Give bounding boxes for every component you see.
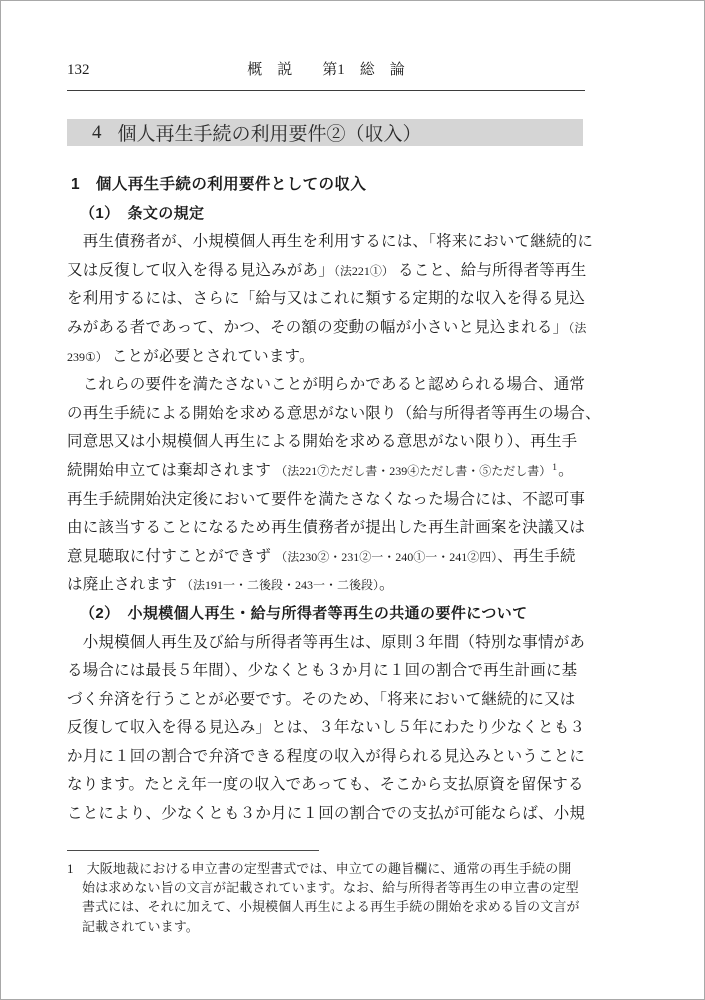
text-segment: ことが必要とされています。 (108, 348, 315, 365)
text-line: みがある者であって、かつ、その額の変動の幅が小さいと見込まれる」（法 (67, 314, 591, 343)
text-line: は廃止されます （法191一・二後段・243一・二後段）。 (67, 571, 591, 600)
text-line: づく弁済を行うことが必要です。そのため、「将来において継続的に又は (67, 686, 591, 715)
text-segment: 1 大阪地裁における申立書の定型書式では、申立ての趣旨欄に、通常の再生手続の開 (67, 861, 571, 876)
section-banner: 4 個人再生手続の利用要件②（収入） (67, 119, 583, 146)
text-line: なります。たとえ年一度の収入であっても、そこから支払原資を留保する (67, 771, 591, 800)
running-title: 概 説 第1 総 論 (67, 60, 585, 80)
footnote-separator (67, 850, 319, 851)
text-segment: の再生手続による開始を求める意思がない限り（給与所得者等再生の場合、 (67, 405, 601, 422)
text-segment: ること、給与所得者等再生 (394, 262, 586, 279)
text-line: 意見聴取に付すことができず （法230②・231②一・240①一・241②四）、… (67, 543, 591, 572)
text-segment: なります。たとえ年一度の収入であっても、そこから支払原資を留保する (67, 776, 584, 793)
text-segment: は廃止されます (67, 576, 181, 593)
text-line: 反復して収入を得る見込み」とは、３年ないし５年にわたり少なくとも３ (67, 714, 591, 743)
text-line: を利用するには、さらに「給与又はこれに類する定期的な収入を得る見込 (67, 285, 591, 314)
text-segment: 続開始申立ては棄却されます (67, 462, 275, 479)
text-segment: ことにより、少なくとも３か月に１回の割合での支払が可能ならば、小規 (67, 805, 585, 822)
statute-citation: （法221①） (334, 264, 394, 278)
text-line: 再生手続開始決定後において要件を満たさなくなった場合には、不認可事 (67, 486, 591, 515)
text-segment: 同意思又は小規模個人再生による開始を求める意思がない限り）、再生手 (67, 433, 577, 450)
heading-income-requirement: 1 個人再生手続の利用要件としての収入 (67, 171, 591, 200)
text-segment: づく弁済を行うことが必要です。そのため、「将来において継続的に又は (67, 691, 576, 708)
text-segment: 小規模個人再生及び給与所得者等再生は、原則３年間（特別な事情があ (67, 634, 585, 651)
text-segment: 。 (379, 576, 395, 593)
footnote-reference: 1 (552, 463, 557, 473)
text-line: 記載されています。 (67, 917, 591, 936)
text-segment: 、再生手続 (497, 548, 576, 565)
text-line: 再生債務者が、小規模個人再生を利用するには、「将来において継続的に (67, 228, 591, 257)
statute-citation: （法221⑦ただし書・239④ただし書・⑤ただし書） (275, 464, 551, 478)
text-line: 小規模個人再生及び給与所得者等再生は、原則３年間（特別な事情があ (67, 629, 591, 658)
text-line: か月に１回の割合で弁済できる程度の収入が得られる見込みということに (67, 743, 591, 772)
section-number: 4 (92, 122, 102, 144)
text-segment: 再生債務者が、小規模個人再生を利用するには、「将来において継続的に (67, 233, 593, 250)
text-segment: か月に１回の割合で弁済できる程度の収入が得られる見込みということに (67, 748, 585, 765)
text-segment: 又は反復して収入を得る見込みがあ」 (67, 262, 334, 279)
text-segment: 再生手続開始決定後において要件を満たさなくなった場合には、不認可事 (67, 491, 585, 508)
text-segment: みがある者であって、かつ、その額の変動の幅が小さいと見込まれる」 (67, 319, 568, 336)
subheading-common-requirements: （2） 小規模個人再生・給与所得者等再生の共通の要件について (67, 600, 591, 629)
text-segment: 反復して収入を得る見込み」とは、３年ないし５年にわたり少なくとも３ (67, 719, 585, 736)
subheading-statute-provisions: （1） 条文の規定 (67, 200, 591, 229)
text-line: 239①） ことが必要とされています。 (67, 343, 591, 372)
paragraph-dismissal: これらの要件を満たさないことが明らかであると認められる場合、通常の再生手続による… (67, 371, 591, 600)
text-line: ことにより、少なくとも３か月に１回の割合での支払が可能ならば、小規 (67, 800, 591, 829)
text-line: 同意思又は小規模個人再生による開始を求める意思がない限り）、再生手 (67, 428, 591, 457)
statute-citation: （法230②・231②一・240①一・241②四） (275, 550, 497, 564)
text-segment: 由に該当することになるため再生債務者が提出した再生計画案を決議又は (67, 519, 585, 536)
text-line: る場合には最長５年間）、少なくとも３か月に１回の割合で再生計画に基 (67, 657, 591, 686)
text-segment: 意見聴取に付すことができず (67, 548, 275, 565)
section-title: 個人再生手続の利用要件②（収入） (118, 119, 422, 146)
page-number: 132 (67, 60, 90, 80)
text-segment: 始は求めない旨の文言が記載されています。なお、給与所得者等再生の申立書の定型 (82, 880, 579, 895)
paragraph-statute: 再生債務者が、小規模個人再生を利用するには、「将来において継続的に又は反復して収… (67, 228, 591, 371)
text-segment: を利用するには、さらに「給与又はこれに類する定期的な収入を得る見込 (67, 290, 585, 307)
text-line: の再生手続による開始を求める意思がない限り（給与所得者等再生の場合、 (67, 400, 591, 429)
page-header: 132 概 説 第1 総 論 (67, 60, 585, 91)
text-line: 続開始申立ては棄却されます （法221⑦ただし書・239④ただし書・⑤ただし書）… (67, 457, 591, 486)
text-line: 由に該当することになるため再生債務者が提出した再生計画案を決議又は (67, 514, 591, 543)
statute-citation: （法191一・二後段・243一・二後段） (181, 578, 379, 592)
text-line: 書式には、それに加えて、小規模個人再生による再生手続の開始を求める旨の文言が (67, 897, 591, 916)
text-segment: 書式には、それに加えて、小規模個人再生による再生手続の開始を求める旨の文言が (82, 899, 580, 914)
text-line: 1 大阪地裁における申立書の定型書式では、申立ての趣旨欄に、通常の再生手続の開 (67, 859, 591, 878)
text-segment: これらの要件を満たさないことが明らかであると認められる場合、通常 (67, 376, 585, 393)
footnote: 1 大阪地裁における申立書の定型書式では、申立ての趣旨欄に、通常の再生手続の開始… (67, 859, 591, 936)
text-line: これらの要件を満たさないことが明らかであると認められる場合、通常 (67, 371, 591, 400)
statute-citation: （法 (568, 321, 586, 335)
text-line: 又は反復して収入を得る見込みがあ」（法221①） ること、給与所得者等再生 (67, 257, 591, 286)
text-line: 始は求めない旨の文言が記載されています。なお、給与所得者等再生の申立書の定型 (67, 878, 591, 897)
statute-citation: 239①） (67, 350, 108, 364)
text-segment: る場合には最長５年間）、少なくとも３か月に１回の割合で再生計画に基 (67, 662, 577, 679)
book-page: { "header": { "page_number": "132", "run… (0, 0, 705, 1000)
text-segment: 。 (558, 462, 574, 479)
text-segment: 記載されています。 (82, 919, 199, 934)
paragraph-common-requirements: 小規模個人再生及び給与所得者等再生は、原則３年間（特別な事情がある場合には最長５… (67, 629, 591, 829)
main-text: 1 個人再生手続の利用要件としての収入 （1） 条文の規定 再生債務者が、小規模… (67, 171, 591, 829)
